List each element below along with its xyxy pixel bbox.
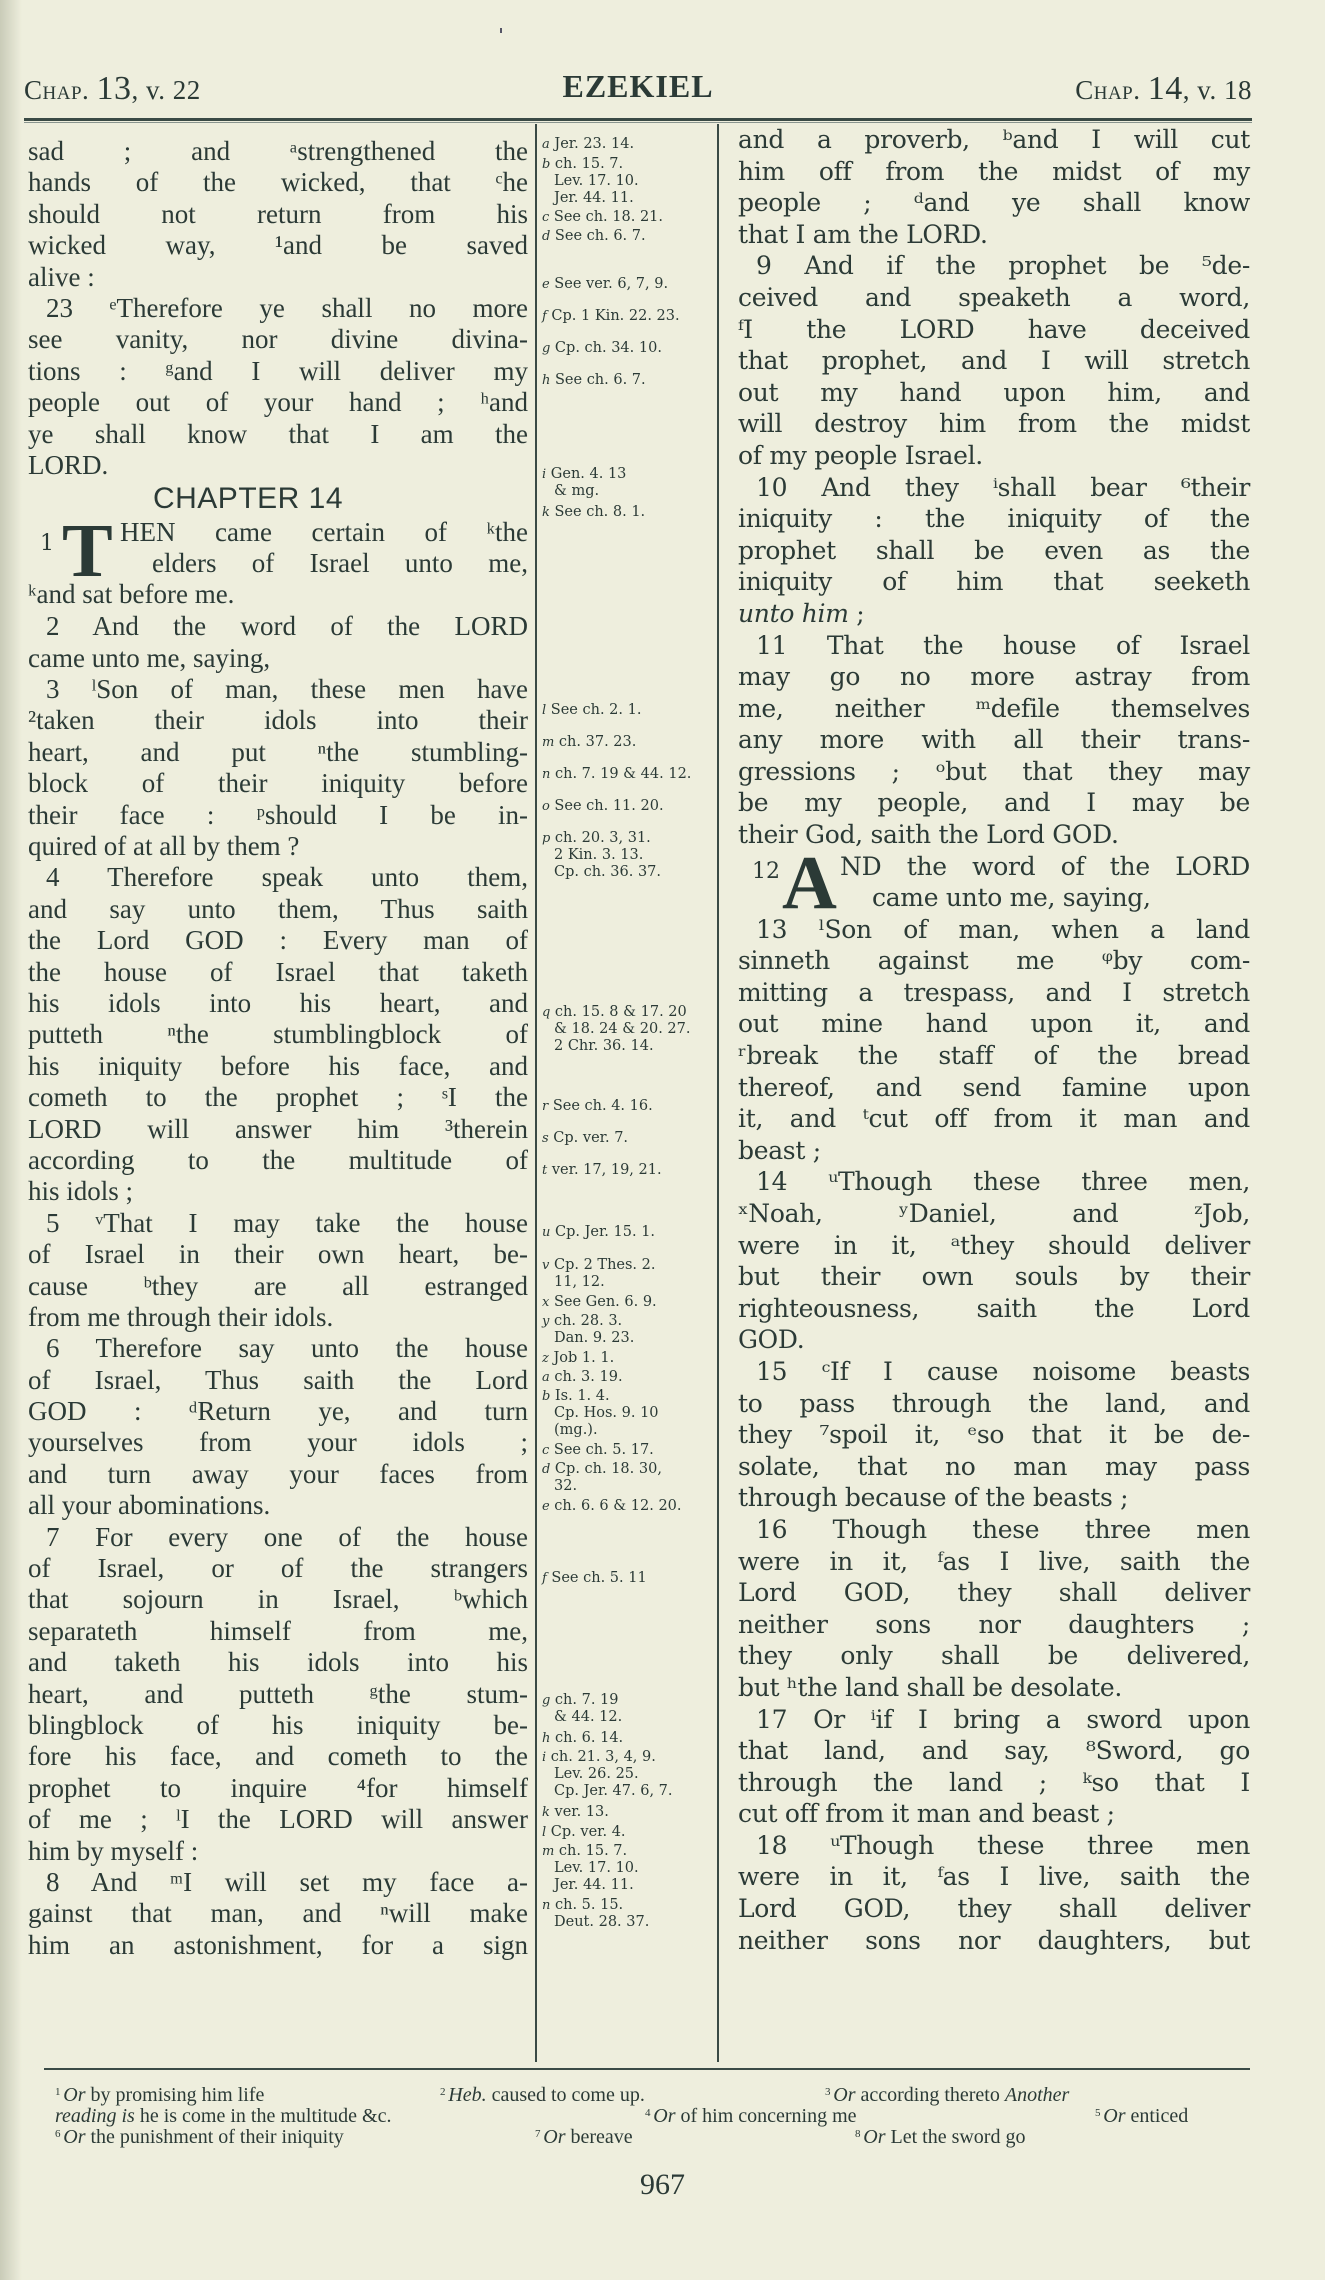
reference-line: b Is. 1. 4. — [542, 1388, 659, 1405]
text-line: that I am the LORD. — [738, 219, 1250, 251]
text-line: heart, and put ⁿthe stumbling- — [28, 737, 528, 768]
cross-reference: n ch. 7. 19 & 44. 12. — [542, 766, 691, 783]
reference-line: u Cp. Jer. 15. 1. — [542, 1224, 655, 1241]
reference-line: g ch. 7. 19 — [542, 1692, 622, 1709]
reference-letter: r — [542, 1099, 548, 1114]
text-line: blingblock of his iniquity be- — [28, 1710, 528, 1741]
text-line: thereof, and send famine upon — [738, 1072, 1250, 1104]
text-line: see vanity, nor divine divina- — [28, 324, 528, 355]
cross-reference: k See ch. 8. 1. — [542, 504, 645, 521]
reference-line: c See ch. 18. 21. — [542, 209, 663, 226]
cross-reference: f Cp. 1 Kin. 22. 23. — [542, 308, 680, 325]
cross-reference: h See ch. 6. 7. — [542, 372, 646, 389]
text-line: 7 For every one of the house — [28, 1522, 528, 1553]
reference-letter: h — [542, 373, 550, 388]
reference-letter: e — [542, 1499, 550, 1514]
footnotes: 1 Or by promising him life2 Heb. caused … — [55, 2085, 1255, 2148]
text-line: GOD. — [738, 1324, 1250, 1356]
text-line: 15 ᶜIf I cause noisome beasts — [738, 1356, 1250, 1388]
reference-line: e ch. 6. 6 & 12. 20. — [542, 1498, 682, 1515]
text-line: 14 ᵘThough these three men, — [738, 1166, 1250, 1198]
text-line: quired of at all by them ? — [28, 831, 528, 862]
right-text-column: and a proverb, ᵇand I will cuthim off fr… — [738, 124, 1250, 1956]
reference-line: f Cp. 1 Kin. 22. 23. — [542, 308, 680, 325]
text-line: of my people Israel. — [738, 440, 1250, 472]
cross-reference: h ch. 6. 14. — [542, 1730, 623, 1747]
verse-number: , v. 18 — [1183, 75, 1252, 105]
text-line: 18 ᵘThough these three men — [738, 1830, 1250, 1862]
page-number: 967 — [0, 2168, 1325, 2202]
reference-line: s Cp. ver. 7. — [542, 1130, 628, 1147]
text-line: his iniquity before his face, and — [28, 1051, 528, 1082]
cross-reference: z Job 1. 1. — [542, 1350, 614, 1367]
reference-line: f See ch. 5. 11 — [542, 1570, 647, 1587]
reference-line: Jer. 44. 11. — [542, 190, 639, 207]
text-line: alive : — [28, 262, 528, 293]
text-line: the house of Israel that taketh — [28, 957, 528, 988]
reference-letter: y — [542, 1314, 549, 1329]
cross-reference: k ver. 13. — [542, 1804, 609, 1821]
verse-1-block: 1 T HEN came certain of ᵏthe elders of I… — [28, 517, 528, 611]
reference-letter: n — [542, 767, 550, 782]
reference-letter: b — [542, 1389, 550, 1404]
reference-letter: q — [542, 1005, 550, 1020]
reference-letter: d — [542, 229, 550, 244]
text-line: LORD. — [28, 450, 528, 481]
text-line: 8 And ᵐI will set my face a- — [28, 1867, 528, 1898]
text-line: elders of Israel unto me, — [152, 548, 528, 579]
text-line: hands of the wicked, that ᶜhe — [28, 167, 528, 198]
text-line: 2 And the word of the LORD — [28, 611, 528, 642]
cross-reference: r See ch. 4. 16. — [542, 1098, 653, 1115]
text-block-ch13: sad ; and ᵃstrengthened thehands of the … — [28, 136, 528, 481]
text-line: were in it, ᶠas I live, saith the — [738, 1546, 1250, 1578]
cross-reference: d See ch. 6. 7. — [542, 228, 646, 245]
text-line: of Israel, Thus saith the Lord — [28, 1365, 528, 1396]
cross-reference: n ch. 5. 15.Deut. 28. 37. — [542, 1897, 649, 1931]
cross-reference: q ch. 15. 8 & 17. 20& 18. 24 & 20. 27.2 … — [542, 1004, 691, 1055]
reference-line: c See ch. 5. 17. — [542, 1442, 654, 1459]
text-line: iniquity of him that seeketh — [738, 566, 1250, 598]
text-line: and say unto them, Thus saith — [28, 894, 528, 925]
text-line: 17 Or ⁱif I bring a sword upon — [738, 1704, 1250, 1736]
reference-line: i ch. 21. 3, 4, 9. — [542, 1749, 673, 1766]
reference-letter: a — [542, 137, 550, 152]
text-line: HEN came certain of ᵏthe — [120, 517, 528, 548]
text-line: should not return from his — [28, 199, 528, 230]
cross-reference: g ch. 7. 19& 44. 12. — [542, 1692, 622, 1726]
text-line: they only shall be delivered, — [738, 1640, 1250, 1672]
text-line: his idols ; — [28, 1176, 528, 1207]
text-line: prophet shall be even as the — [738, 535, 1250, 567]
text-line: Lord GOD, they shall deliver — [738, 1893, 1250, 1925]
reference-letter: f — [542, 309, 547, 324]
text-line: 5 ᵛThat I may take the house — [28, 1208, 528, 1239]
reference-line: e See ver. 6, 7, 9. — [542, 276, 668, 293]
text-line: him by myself : — [28, 1836, 528, 1867]
reference-line: n ch. 5. 15. — [542, 1897, 649, 1914]
text-line: of Israel in their own heart, be- — [28, 1239, 528, 1270]
reference-letter: t — [542, 1163, 547, 1178]
footnote-rule — [44, 2068, 1250, 2070]
reference-letter: x — [542, 1295, 549, 1310]
cross-reference: v Cp. 2 Thes. 2.11, 12. — [542, 1257, 655, 1291]
text-line: Lord GOD, they shall deliver — [738, 1577, 1250, 1609]
text-line: but their own souls by their — [738, 1261, 1250, 1293]
reference-line: Lev. 17. 10. — [542, 173, 639, 190]
drop-cap: T — [62, 521, 113, 581]
text-block-v8-11: and a proverb, ᵇand I will cuthim off fr… — [738, 124, 1250, 851]
reference-line: g Cp. ch. 34. 10. — [542, 340, 662, 357]
text-line: people ; ᵈand ye shall know — [738, 187, 1250, 219]
text-line: 23 ᵉTherefore ye shall no more — [28, 293, 528, 324]
text-line: any more with all their trans- — [738, 724, 1250, 756]
reference-letter: u — [542, 1225, 550, 1240]
text-line: him an astonishment, for a sign — [28, 1930, 528, 1961]
cross-reference: g Cp. ch. 34. 10. — [542, 340, 662, 357]
cross-reference: s Cp. ver. 7. — [542, 1130, 628, 1147]
reference-line: Lev. 17. 10. — [542, 1860, 639, 1877]
footnote: 3 Or according thereto Another — [825, 2085, 1069, 2105]
text-line: came unto me, saying, — [28, 643, 528, 674]
text-line: 6 Therefore say unto the house — [28, 1333, 528, 1364]
reference-letter: f — [542, 1571, 547, 1586]
reference-letter: c — [542, 210, 549, 225]
footnote: 6 Or the punishment of their iniquity — [55, 2127, 344, 2147]
text-line: unto him ; — [738, 598, 1250, 630]
text-line: ye shall know that I am the — [28, 419, 528, 450]
verse-number: 12 — [752, 859, 780, 884]
column-divider-right — [717, 124, 719, 2062]
text-line: cause ᵇthey are all estranged — [28, 1271, 528, 1302]
reference-line: n ch. 7. 19 & 44. 12. — [542, 766, 691, 783]
reference-line: k ver. 13. — [542, 1804, 609, 1821]
footnote: 7 Or bereave — [535, 2127, 633, 2147]
text-line: righteousness, saith the Lord — [738, 1293, 1250, 1325]
reference-line: (mg.). — [542, 1422, 659, 1439]
reference-line: l Cp. ver. 4. — [542, 1824, 626, 1841]
reference-line: Deut. 28. 37. — [542, 1914, 649, 1931]
text-line: ᵏand sat before me. — [28, 579, 528, 610]
cross-reference: i ch. 21. 3, 4, 9.Lev. 26. 25.Cp. Jer. 4… — [542, 1749, 673, 1800]
text-line: prophet to inquire ⁴for himself — [28, 1773, 528, 1804]
cross-reference: b Is. 1. 4.Cp. Hos. 9. 10(mg.). — [542, 1388, 659, 1439]
text-line: and turn away your faces from — [28, 1459, 528, 1490]
reference-letter: s — [542, 1131, 549, 1146]
reference-line: m ch. 15. 7. — [542, 1843, 639, 1860]
reference-letter: m — [542, 1844, 554, 1859]
reference-letter: g — [542, 341, 550, 356]
reference-line: b ch. 15. 7. — [542, 156, 639, 173]
reference-line: Jer. 44. 11. — [542, 1877, 639, 1894]
reference-line: p ch. 20. 3, 31. — [542, 830, 661, 847]
reference-line: z Job 1. 1. — [542, 1350, 614, 1367]
reference-letter: v — [542, 1258, 549, 1273]
header-rule-thin — [24, 122, 1252, 123]
reference-letter: k — [542, 1805, 550, 1820]
text-line: sad ; and ᵃstrengthened the — [28, 136, 528, 167]
text-line: will destroy him from the midst — [738, 408, 1250, 440]
reference-letter: b — [542, 157, 550, 172]
reference-line: Cp. Jer. 47. 6, 7. — [542, 1783, 673, 1800]
cross-reference: a ch. 3. 19. — [542, 1369, 623, 1386]
cross-reference: e See ver. 6, 7, 9. — [542, 276, 668, 293]
cross-reference: c See ch. 18. 21. — [542, 209, 663, 226]
text-line: gainst that man, and ⁿwill make — [28, 1898, 528, 1929]
cross-reference: i Gen. 4. 13& mg. — [542, 466, 626, 500]
reference-line: Lev. 26. 25. — [542, 1766, 673, 1783]
text-line: tions : ᵍand I will deliver my — [28, 356, 528, 387]
cross-reference: o See ch. 11. 20. — [542, 798, 664, 815]
reference-line: d See ch. 6. 7. — [542, 228, 646, 245]
reference-line: t ver. 17, 19, 21. — [542, 1162, 662, 1179]
text-line: ʳbreak the staff of the bread — [738, 1040, 1250, 1072]
text-line: 4 Therefore speak unto them, — [28, 862, 528, 893]
text-line: 9 And if the prophet be ⁵de- — [738, 250, 1250, 282]
cross-reference: t ver. 17, 19, 21. — [542, 1162, 662, 1179]
text-line: be my people, and I may be — [738, 787, 1250, 819]
text-line: ²taken their idols into their — [28, 705, 528, 736]
reference-letter: h — [542, 1731, 550, 1746]
text-line: putteth ⁿthe stumblingblock of — [28, 1019, 528, 1050]
reference-letter: n — [542, 1898, 550, 1913]
reference-line: x See Gen. 6. 9. — [542, 1294, 657, 1311]
text-line: block of their iniquity before — [28, 768, 528, 799]
reference-line: h ch. 6. 14. — [542, 1730, 623, 1747]
reference-letter: z — [542, 1351, 549, 1366]
text-line: cut off from it man and beast ; — [738, 1798, 1250, 1830]
reference-line: & 44. 12. — [542, 1709, 622, 1726]
cross-reference: p ch. 20. 3, 31.2 Kin. 3. 13.Cp. ch. 36.… — [542, 830, 661, 881]
reference-line: 11, 12. — [542, 1274, 655, 1291]
text-line: 3 ˡSon of man, these men have — [28, 674, 528, 705]
text-line: neither sons nor daughters ; — [738, 1609, 1250, 1641]
text-line: iniquity : the iniquity of the — [738, 503, 1250, 535]
reference-line: l See ch. 2. 1. — [542, 702, 641, 719]
text-line: ˣNoah, ʸDaniel, and ᶻJob, — [738, 1198, 1250, 1230]
reference-letter: k — [542, 505, 550, 520]
text-line: that sojourn in Israel, ᵇwhich — [28, 1584, 528, 1615]
text-line: to pass through the land, and — [738, 1388, 1250, 1420]
chap-label: Chap. — [1075, 75, 1140, 105]
footnote-row: 1 Or by promising him life2 Heb. caused … — [55, 2085, 1255, 2106]
text-line: wicked way, ¹and be saved — [28, 230, 528, 261]
reference-line: 32. — [542, 1478, 662, 1495]
text-line: through the land ; ᵏso that I — [738, 1767, 1250, 1799]
text-line: according to the multitude of — [28, 1145, 528, 1176]
text-line: it, and ᵗcut off from it man and — [738, 1103, 1250, 1135]
reference-line: v Cp. 2 Thes. 2. — [542, 1257, 655, 1274]
footnote: 5 Or enticed — [1095, 2106, 1188, 2126]
text-line: the Lord GOD : Every man of — [28, 925, 528, 956]
cross-reference: l See ch. 2. 1. — [542, 702, 641, 719]
reference-line: o See ch. 11. 20. — [542, 798, 664, 815]
cross-reference: y ch. 28. 3.Dan. 9. 23. — [542, 1313, 634, 1347]
text-line: GOD : ᵈReturn ye, and turn — [28, 1396, 528, 1427]
column-divider-left — [535, 124, 537, 2062]
text-line: yourselves from your idols ; — [28, 1427, 528, 1458]
text-line: gressions ; ᵒbut that they may — [738, 756, 1250, 788]
text-line: cometh to the prophet ; ˢI the — [28, 1082, 528, 1113]
reference-line: i Gen. 4. 13 — [542, 466, 626, 483]
text-line: heart, and putteth ᵍthe stum- — [28, 1679, 528, 1710]
cross-reference: c See ch. 5. 17. — [542, 1442, 654, 1459]
text-line: out my hand upon him, and — [738, 377, 1250, 409]
reference-line: a Jer. 23. 14. — [542, 136, 634, 153]
footnote-row: reading is he is come in the multitude &… — [55, 2106, 1255, 2127]
footnote: 1 Or by promising him life — [55, 2085, 264, 2105]
reference-letter: e — [542, 277, 550, 292]
text-line: 16 Though these three men — [738, 1514, 1250, 1546]
reference-letter: d — [542, 1462, 550, 1477]
reference-line: k See ch. 8. 1. — [542, 504, 645, 521]
cross-reference: m ch. 15. 7.Lev. 17. 10.Jer. 44. 11. — [542, 1843, 639, 1894]
drop-cap: A — [782, 853, 837, 913]
text-line: were in it, ᶠas I live, saith the — [738, 1861, 1250, 1893]
reference-letter: a — [542, 1370, 550, 1385]
reference-line: h See ch. 6. 7. — [542, 372, 646, 389]
text-line: ᶠI the LORD have deceived — [738, 314, 1250, 346]
reference-letter: g — [542, 1693, 550, 1708]
text-line: LORD will answer him ³therein — [28, 1114, 528, 1145]
print-speck — [500, 28, 502, 33]
cross-reference: l Cp. ver. 4. — [542, 1824, 626, 1841]
reference-letter: l — [542, 1825, 546, 1840]
reference-line: q ch. 15. 8 & 17. 20 — [542, 1004, 691, 1021]
footnote: reading is he is come in the multitude &… — [55, 2106, 391, 2126]
footnote: 2 Heb. caused to come up. — [440, 2085, 645, 2105]
text-line: solate, that no man may pass — [738, 1451, 1250, 1483]
text-block-ch14: 2 And the word of the LORDcame unto me, … — [28, 611, 528, 1961]
text-block-v13-18: 13 ˡSon of man, when a landsinneth again… — [738, 914, 1250, 1957]
header-right-reference: Chap. 14, v. 18 — [1075, 70, 1252, 108]
text-line: came unto me, saying, — [872, 882, 1250, 914]
text-line: ND the word of the LORD — [840, 851, 1250, 883]
reference-letter: o — [542, 799, 550, 814]
footnote-row: 6 Or the punishment of their iniquity7 O… — [55, 2127, 1255, 2148]
text-line: out mine hand upon it, and — [738, 1008, 1250, 1040]
reference-letter: i — [542, 467, 546, 482]
cross-reference: a Jer. 23. 14. — [542, 136, 634, 153]
reference-line: a ch. 3. 19. — [542, 1369, 623, 1386]
text-line: him off from the midst of my — [738, 156, 1250, 188]
reference-line: & mg. — [542, 483, 626, 500]
cross-reference: f See ch. 5. 11 — [542, 1570, 647, 1587]
text-line: ceived and speaketh a word, — [738, 282, 1250, 314]
reference-letter: l — [542, 703, 546, 718]
text-line: neither sons nor daughters, but — [738, 1925, 1250, 1957]
left-text-column: sad ; and ᵃstrengthened thehands of the … — [28, 136, 528, 1961]
text-line: of me ; ˡI the LORD will answer — [28, 1804, 528, 1835]
text-line: that land, and say, ⁸Sword, go — [738, 1735, 1250, 1767]
verse-number: 1 — [40, 531, 54, 556]
text-line: of Israel, or of the strangers — [28, 1553, 528, 1584]
cross-reference: b ch. 15. 7.Lev. 17. 10.Jer. 44. 11. — [542, 156, 639, 207]
reference-letter: p — [542, 831, 550, 846]
verse-12-block: 12 A ND the word of the LORD came unto m… — [738, 851, 1250, 914]
cross-reference: u Cp. Jer. 15. 1. — [542, 1224, 655, 1241]
text-line: through because of the beasts ; — [738, 1482, 1250, 1514]
header-rule — [24, 118, 1252, 121]
reference-line: y ch. 28. 3. — [542, 1313, 634, 1330]
reference-letter: c — [542, 1443, 549, 1458]
cross-reference: d Cp. ch. 18. 30,32. — [542, 1461, 662, 1495]
text-line: his idols into his heart, and — [28, 988, 528, 1019]
footnote: 8 Or Let the sword go — [855, 2127, 1025, 2147]
reference-line: & 18. 24 & 20. 27. — [542, 1021, 691, 1038]
text-line: fore his face, and cometh to the — [28, 1741, 528, 1772]
text-line: that prophet, and I will stretch — [738, 345, 1250, 377]
reference-letter: i — [542, 1750, 546, 1765]
text-line: and taketh his idols into his — [28, 1647, 528, 1678]
reference-line: m ch. 37. 23. — [542, 734, 636, 751]
running-header: Chap. 13, v. 22 EZEKIEL Chap. 14, v. 18 — [24, 62, 1252, 112]
reference-line: Cp. Hos. 9. 10 — [542, 1405, 659, 1422]
cross-reference: e ch. 6. 6 & 12. 20. — [542, 1498, 682, 1515]
text-line: 10 And they ⁱshall bear ⁶their — [738, 472, 1250, 504]
text-line: all your abominations. — [28, 1490, 528, 1521]
reference-letter: m — [542, 735, 554, 750]
reference-line: 2 Kin. 3. 13. — [542, 847, 661, 864]
text-line: may go no more astray from — [738, 661, 1250, 693]
reference-line: Dan. 9. 23. — [542, 1330, 634, 1347]
text-line: sinneth against me ᵠby com- — [738, 945, 1250, 977]
cross-reference: x See Gen. 6. 9. — [542, 1294, 657, 1311]
text-line: 11 That the house of Israel — [738, 630, 1250, 662]
text-line: their face : ᵖshould I be in- — [28, 800, 528, 831]
reference-line: d Cp. ch. 18. 30, — [542, 1461, 662, 1478]
reference-line: 2 Chr. 36. 14. — [542, 1038, 691, 1055]
reference-line: Cp. ch. 36. 37. — [542, 864, 661, 881]
text-line: people out of your hand ; ʰand — [28, 387, 528, 418]
text-line: beast ; — [738, 1135, 1250, 1167]
page-binding-shadow — [0, 0, 22, 2280]
text-line: from me through their idols. — [28, 1302, 528, 1333]
text-line: separateth himself from me, — [28, 1616, 528, 1647]
chap-number: 14 — [1148, 70, 1183, 107]
text-line: me, neither ᵐdefile themselves — [738, 693, 1250, 725]
book-title: EZEKIEL — [24, 68, 1252, 105]
text-line: mitting a trespass, and I stretch — [738, 977, 1250, 1009]
text-line: they ⁷spoil it, ᵉso that it be de- — [738, 1419, 1250, 1451]
text-line: and a proverb, ᵇand I will cut — [738, 124, 1250, 156]
cross-reference: m ch. 37. 23. — [542, 734, 636, 751]
text-line: but ʰthe land shall be desolate. — [738, 1672, 1250, 1704]
reference-line: r See ch. 4. 16. — [542, 1098, 653, 1115]
text-line: were in it, ᵃthey should deliver — [738, 1230, 1250, 1262]
footnote: 4 Or of him concerning me — [645, 2106, 857, 2126]
